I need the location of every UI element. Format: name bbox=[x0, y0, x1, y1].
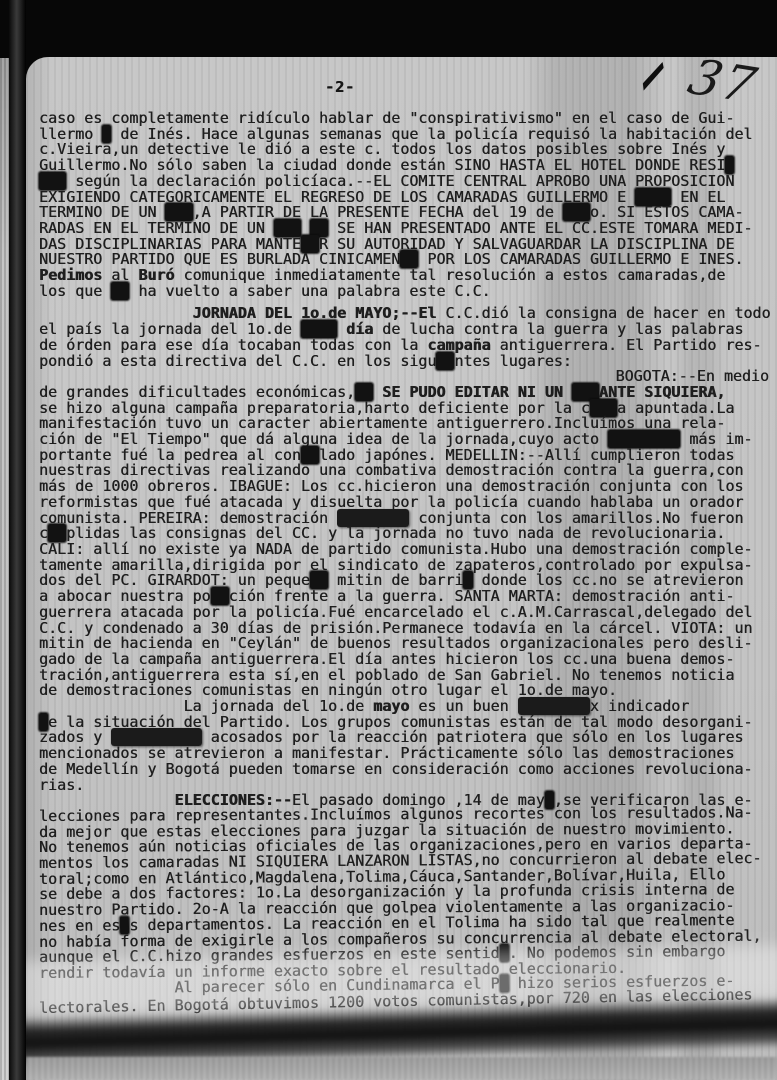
text-segment: rias. bbox=[39, 776, 84, 794]
text-segment: ha vuelto a saber una palabra este C.C. bbox=[129, 282, 490, 300]
redacted-text: ie bbox=[436, 352, 454, 370]
handwritten-archive-number: 37 bbox=[682, 57, 764, 114]
text-line: de Medellín y Bogotá pueden tomarse en c… bbox=[39, 762, 769, 778]
text-block: caso es completamente ridículo hablar de… bbox=[39, 111, 769, 1017]
scan-left-margin-strip bbox=[0, 58, 9, 1080]
text-segment: de Medellín y Bogotá pueden tomarse en c… bbox=[39, 760, 752, 778]
pen-mark bbox=[639, 58, 666, 94]
paper-below-smudge bbox=[26, 1057, 777, 1080]
text-segment: ntes lugares: bbox=[454, 352, 571, 370]
scanned-document-view: { "colors": { "background": "#070707", "… bbox=[0, 0, 777, 1080]
text-segment: los que bbox=[39, 282, 111, 300]
redacted-text: no bbox=[111, 282, 129, 300]
text-line: los que no ha vuelto a saber una palabra… bbox=[39, 284, 769, 300]
document-page: -2- 37 caso es completamente ridículo ha… bbox=[26, 57, 777, 1080]
scan-left-shadow-bar bbox=[9, 0, 26, 1080]
page-number: -2- bbox=[325, 78, 355, 96]
text-segment: pondió a esta directiva del C.C. en los … bbox=[39, 352, 436, 370]
